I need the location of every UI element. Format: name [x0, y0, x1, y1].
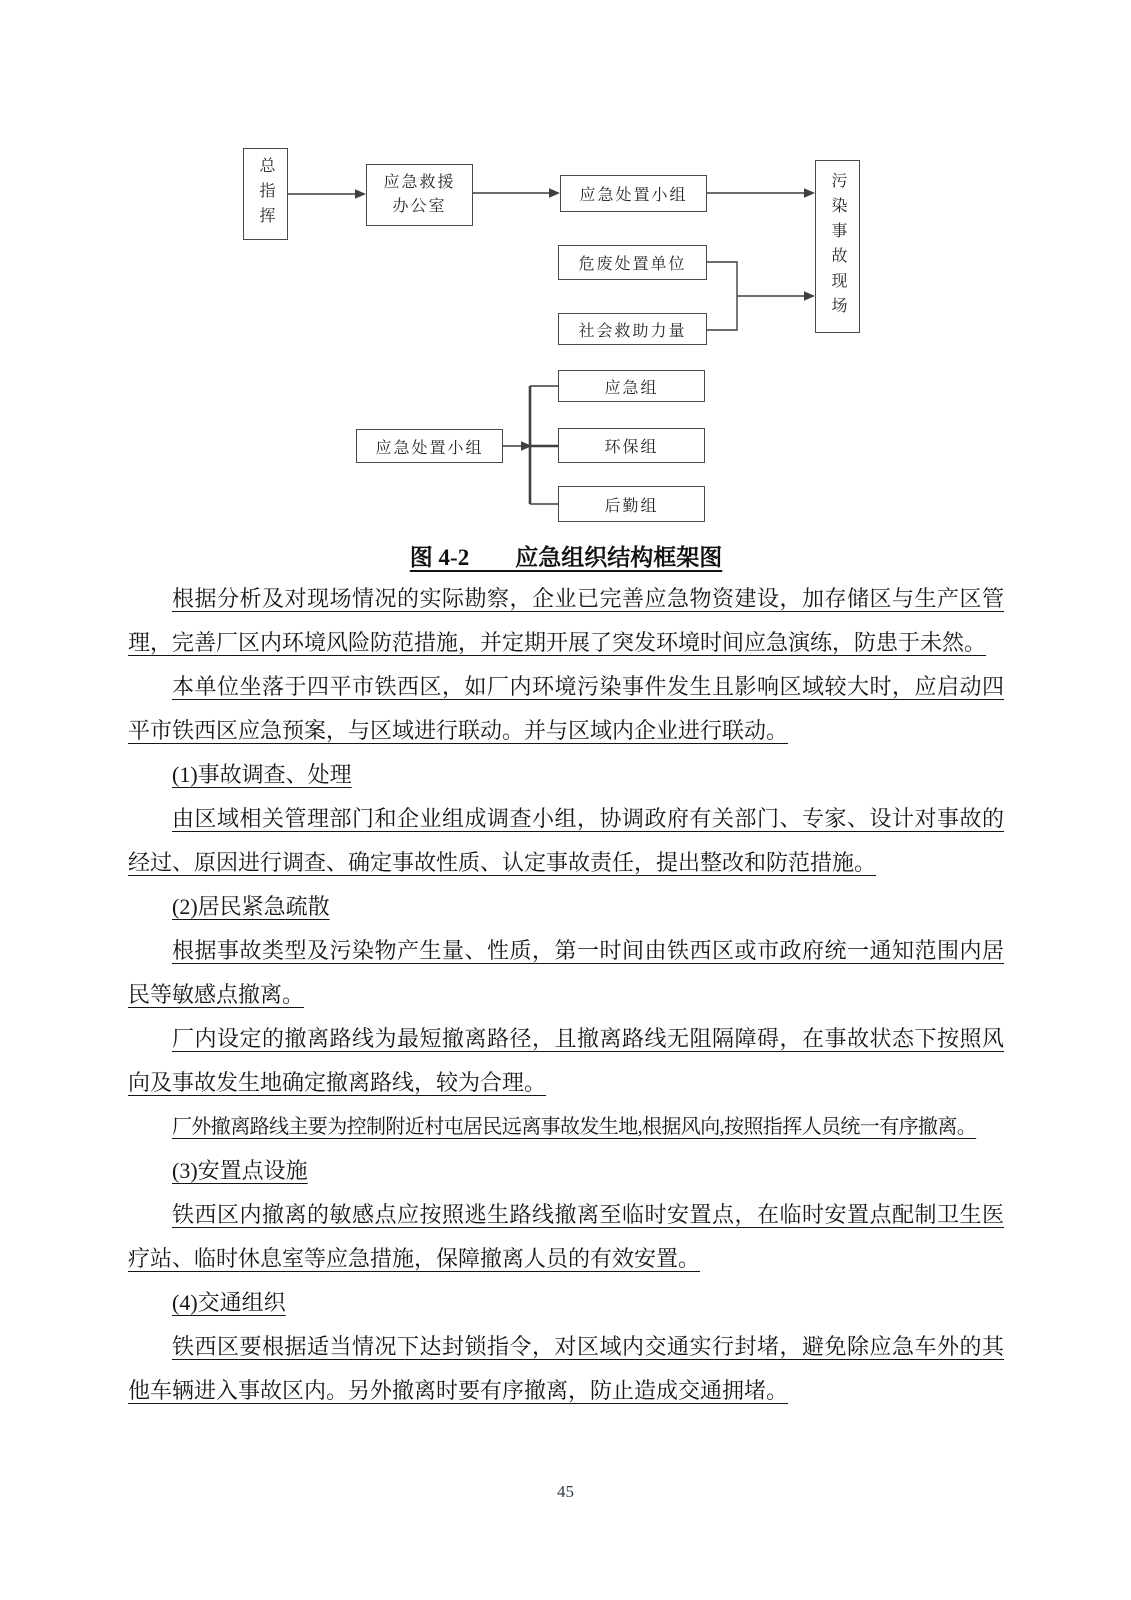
paragraph-offplant-route: 厂外撤离路线主要为控制附近村屯居民远离事故发生地,根据风向,按照指挥人员统一有序… — [128, 1105, 1004, 1149]
flowchart-box-logistics-group: 后勤组 — [558, 486, 705, 522]
paragraph-preparedness: 根据分析及对现场情况的实际勘察，企业已完善应急物资建设，加存储区与生产区管理，完… — [128, 577, 1004, 665]
paragraph-location-linkage: 本单位坐落于四平市铁西区，如厂内环境污染事件发生且影响区域较大时，应启动四平市铁… — [128, 665, 1004, 753]
heading-accident-investigation: (1)事故调查、处理 — [128, 753, 1004, 797]
flowchart-box-environment-group: 环保组 — [558, 428, 705, 463]
flowchart-box-response-team: 应急处置小组 — [560, 175, 707, 212]
document-body: 根据分析及对现场情况的实际勘察，企业已完善应急物资建设，加存储区与生产区管理，完… — [128, 577, 1004, 1413]
heading-traffic-organization: (4)交通组织 — [128, 1281, 1004, 1325]
paragraph-resettlement-detail: 铁西区内撤离的敏感点应按照逃生路线撤离至临时安置点，在临时安置点配制卫生医疗站、… — [128, 1193, 1004, 1281]
paragraph-traffic-detail: 铁西区要根据适当情况下达封锁指令，对区域内交通实行封堵，避免除应急车外的其他车辆… — [128, 1325, 1004, 1413]
flowchart-box-hazwaste-unit: 危废处置单位 — [558, 245, 707, 280]
paragraph-inplant-route: 厂内设定的撤离路线为最短撤离路径，且撤离路线无阻隔障碍，在事故状态下按照风向及事… — [128, 1017, 1004, 1105]
paragraph-evacuation-notice: 根据事故类型及污染物产生量、性质，第一时间由铁西区或市政府统一通知范围内居民等敏… — [128, 929, 1004, 1017]
flowchart-box-rescue-office: 应急救援 办公室 — [366, 164, 473, 226]
paragraph-investigation-detail: 由区域相关管理部门和企业组成调查小组，协调政府有关部门、专家、设计对事故的经过、… — [128, 797, 1004, 885]
heading-resettlement-facilities: (3)安置点设施 — [128, 1149, 1004, 1193]
flowchart-box-chief-commander: 总指挥 — [243, 148, 288, 240]
rescue-office-line2: 办公室 — [392, 195, 446, 219]
rescue-office-line1: 应急救援 — [383, 171, 455, 195]
page-number: 45 — [0, 1482, 1131, 1502]
flowchart-box-social-rescue: 社会救助力量 — [558, 313, 707, 345]
heading-resident-evacuation: (2)居民紧急疏散 — [128, 885, 1004, 929]
flowchart-box-emergency-group: 应急组 — [558, 370, 705, 402]
flowchart-box-accident-scene: 污染事故现场 — [815, 160, 860, 333]
figure-caption: 图 4-2 应急组织结构框架图 — [128, 539, 1004, 572]
flowchart-box-response-team-lower: 应急处置小组 — [356, 429, 503, 463]
